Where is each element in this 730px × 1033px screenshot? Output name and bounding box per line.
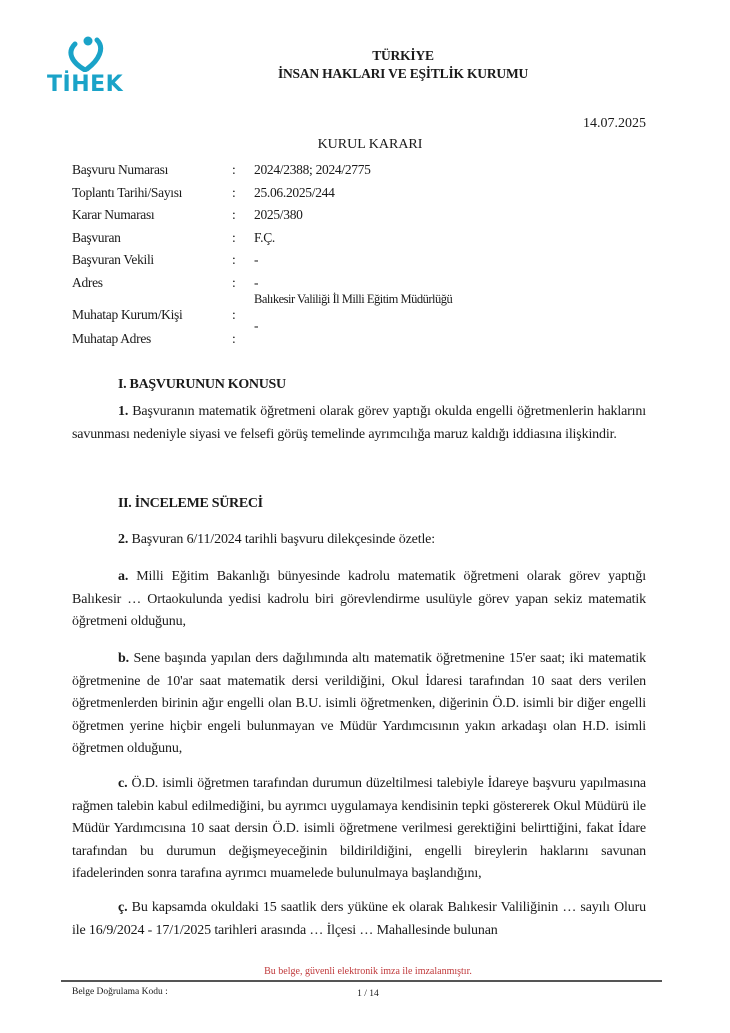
meta-value: 2025/380 (254, 207, 303, 223)
section-title-review: II. İNCELEME SÜRECİ (118, 496, 263, 512)
header-institution: İNSAN HAKLARI VE EŞİTLİK KURUMU (38, 66, 730, 82)
meta-value: - (254, 275, 258, 291)
meta-label: Başvuru Numarası (72, 162, 168, 178)
meta-colon: : (232, 331, 235, 347)
paragraph-marker: c. (118, 776, 127, 791)
paragraph-text: Milli Eğitim Bakanlığı bünyesinde kadrol… (72, 569, 646, 629)
paragraph-text: Başvuran 6/11/2024 tarihli başvuru dilek… (128, 532, 435, 547)
document-title: KURUL KARARI (5, 137, 730, 153)
meta-colon: : (232, 252, 235, 268)
meta-label: Başvuran (72, 230, 121, 246)
paragraph-c: c. Ö.D. isimli öğretmen tarafından durum… (72, 773, 646, 886)
paragraph-1: 1. Başvuranın matematik öğretmeni olarak… (72, 401, 646, 446)
meta-label: Adres (72, 275, 103, 291)
document-date: 14.07.2025 (583, 116, 646, 132)
meta-label: Toplantı Tarihi/Sayısı (72, 185, 182, 201)
meta-colon: : (232, 185, 235, 201)
paragraph-c-cedilla: ç. Bu kapsamda okuldaki 15 saatlik ders … (72, 897, 646, 942)
meta-colon: : (232, 275, 235, 291)
paragraph-text: Bu kapsamda okuldaki 15 saatlik ders yük… (72, 900, 646, 938)
paragraph-text: Başvuranın matematik öğretmeni olarak gö… (72, 404, 646, 442)
meta-label: Muhatap Kurum/Kişi (72, 307, 182, 323)
e-signature-note: Bu belge, güvenli elektronik imza ile im… (3, 966, 730, 977)
meta-value: Balıkesir Valiliği İl Milli Eğitim Müdür… (254, 292, 452, 307)
meta-value: 2024/2388; 2024/2775 (254, 162, 371, 178)
meta-colon: : (232, 162, 235, 178)
meta-label: Muhatap Adres (72, 331, 151, 347)
paragraph-marker: 2. (118, 532, 128, 547)
meta-label: Karar Numarası (72, 207, 154, 223)
paragraph-a: a. Milli Eğitim Bakanlığı bünyesinde kad… (72, 566, 646, 634)
meta-value: 25.06.2025/244 (254, 185, 335, 201)
meta-value: - (254, 252, 258, 268)
paragraph-b: b. Sene başında yapılan ders dağılımında… (72, 648, 646, 761)
page-number: 1 / 14 (3, 989, 730, 999)
meta-value: - (254, 318, 258, 334)
meta-colon: : (232, 207, 235, 223)
paragraph-marker: a. (118, 569, 128, 584)
footer-divider (61, 980, 662, 982)
paragraph-text: Ö.D. isimli öğretmen tarafından durumun … (72, 776, 646, 881)
paragraph-marker: ç. (118, 900, 127, 915)
meta-colon: : (232, 230, 235, 246)
meta-colon: : (232, 307, 235, 323)
header-country: TÜRKİYE (38, 48, 730, 64)
paragraph-text: Sene başında yapılan ders dağılımında al… (72, 651, 646, 756)
section-title-subject: I. BAŞVURUNUN KONUSU (118, 377, 286, 393)
meta-value: F.Ç. (254, 230, 275, 246)
meta-label: Başvuran Vekili (72, 252, 154, 268)
paragraph-marker: b. (118, 651, 129, 666)
paragraph-2: 2. Başvuran 6/11/2024 tarihli başvuru di… (72, 529, 646, 552)
paragraph-marker: 1. (118, 404, 128, 419)
